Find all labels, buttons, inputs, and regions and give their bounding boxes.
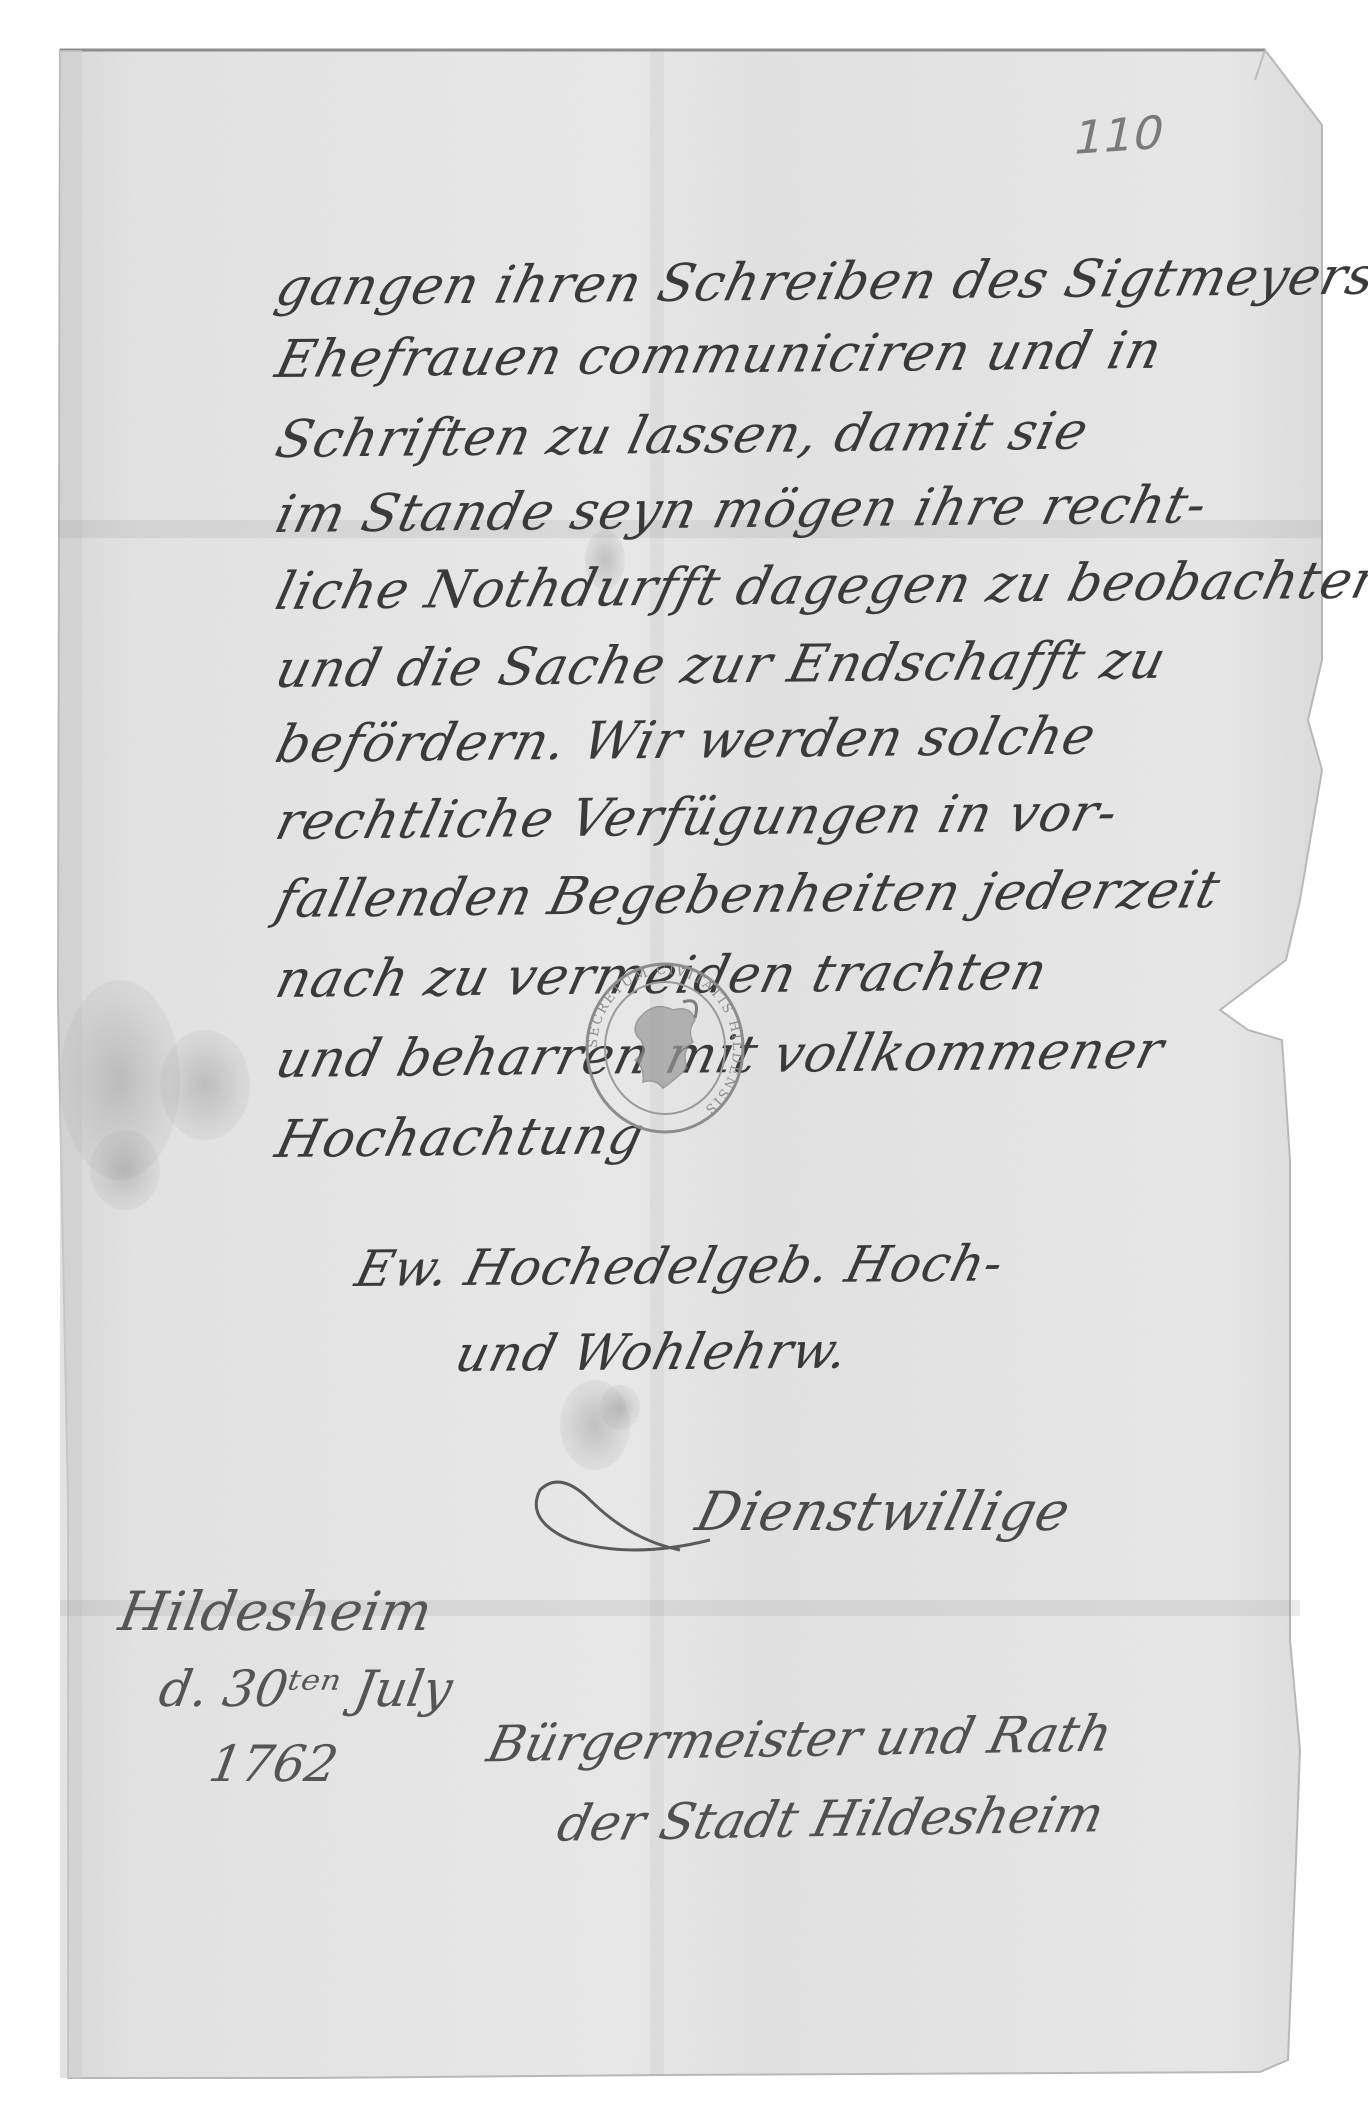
water-stain xyxy=(600,1385,640,1430)
letter-line-2: Ehefrauen communiciren und in xyxy=(270,321,1168,390)
city-seal-stamp: SECRETUM CIVITATIS HILDENSIS xyxy=(583,960,748,1135)
place-name: Hildesheim xyxy=(114,1580,436,1643)
closing-dienstwillige: Dienstwillige xyxy=(690,1480,1077,1543)
letter-year: 1762 xyxy=(205,1735,342,1793)
letter-line-1: gangen ihren Schreiben des Sigtmeyers xyxy=(270,247,1368,318)
closing-salutation-line-2: und Wohlehrw. xyxy=(450,1322,855,1383)
water-stain xyxy=(90,1130,160,1210)
letter-date: d. 30ᵗᵉⁿ July xyxy=(155,1660,457,1718)
letter-line-9: fallenden Begebenheiten jederzeit xyxy=(270,860,1226,930)
letter-line-7: befördern. Wir werden solche xyxy=(270,706,1102,775)
letter-line-5: liche Nothdurfft dagegen zu beobachten xyxy=(270,550,1368,622)
letter-line-4: im Stande seyn mögen ihre recht- xyxy=(270,475,1213,545)
signature-line-2: der Stadt Hildesheim xyxy=(552,1785,1109,1852)
signature-line-1: Bürgermeister und Rath xyxy=(482,1705,1118,1774)
closing-salutation-line-1: Ew. Hochedelgeb. Hoch- xyxy=(350,1234,1010,1298)
folio-number: 110 xyxy=(1068,105,1169,165)
letter-line-3: Schriften zu lassen, damit sie xyxy=(270,402,1095,470)
letter-line-8: rechtliche Verfügungen in vor- xyxy=(270,783,1124,852)
heraldic-lion-icon xyxy=(635,1001,697,1088)
water-stain xyxy=(160,1030,250,1140)
letter-line-6: und die Sache zur Endschafft zu xyxy=(270,631,1172,700)
